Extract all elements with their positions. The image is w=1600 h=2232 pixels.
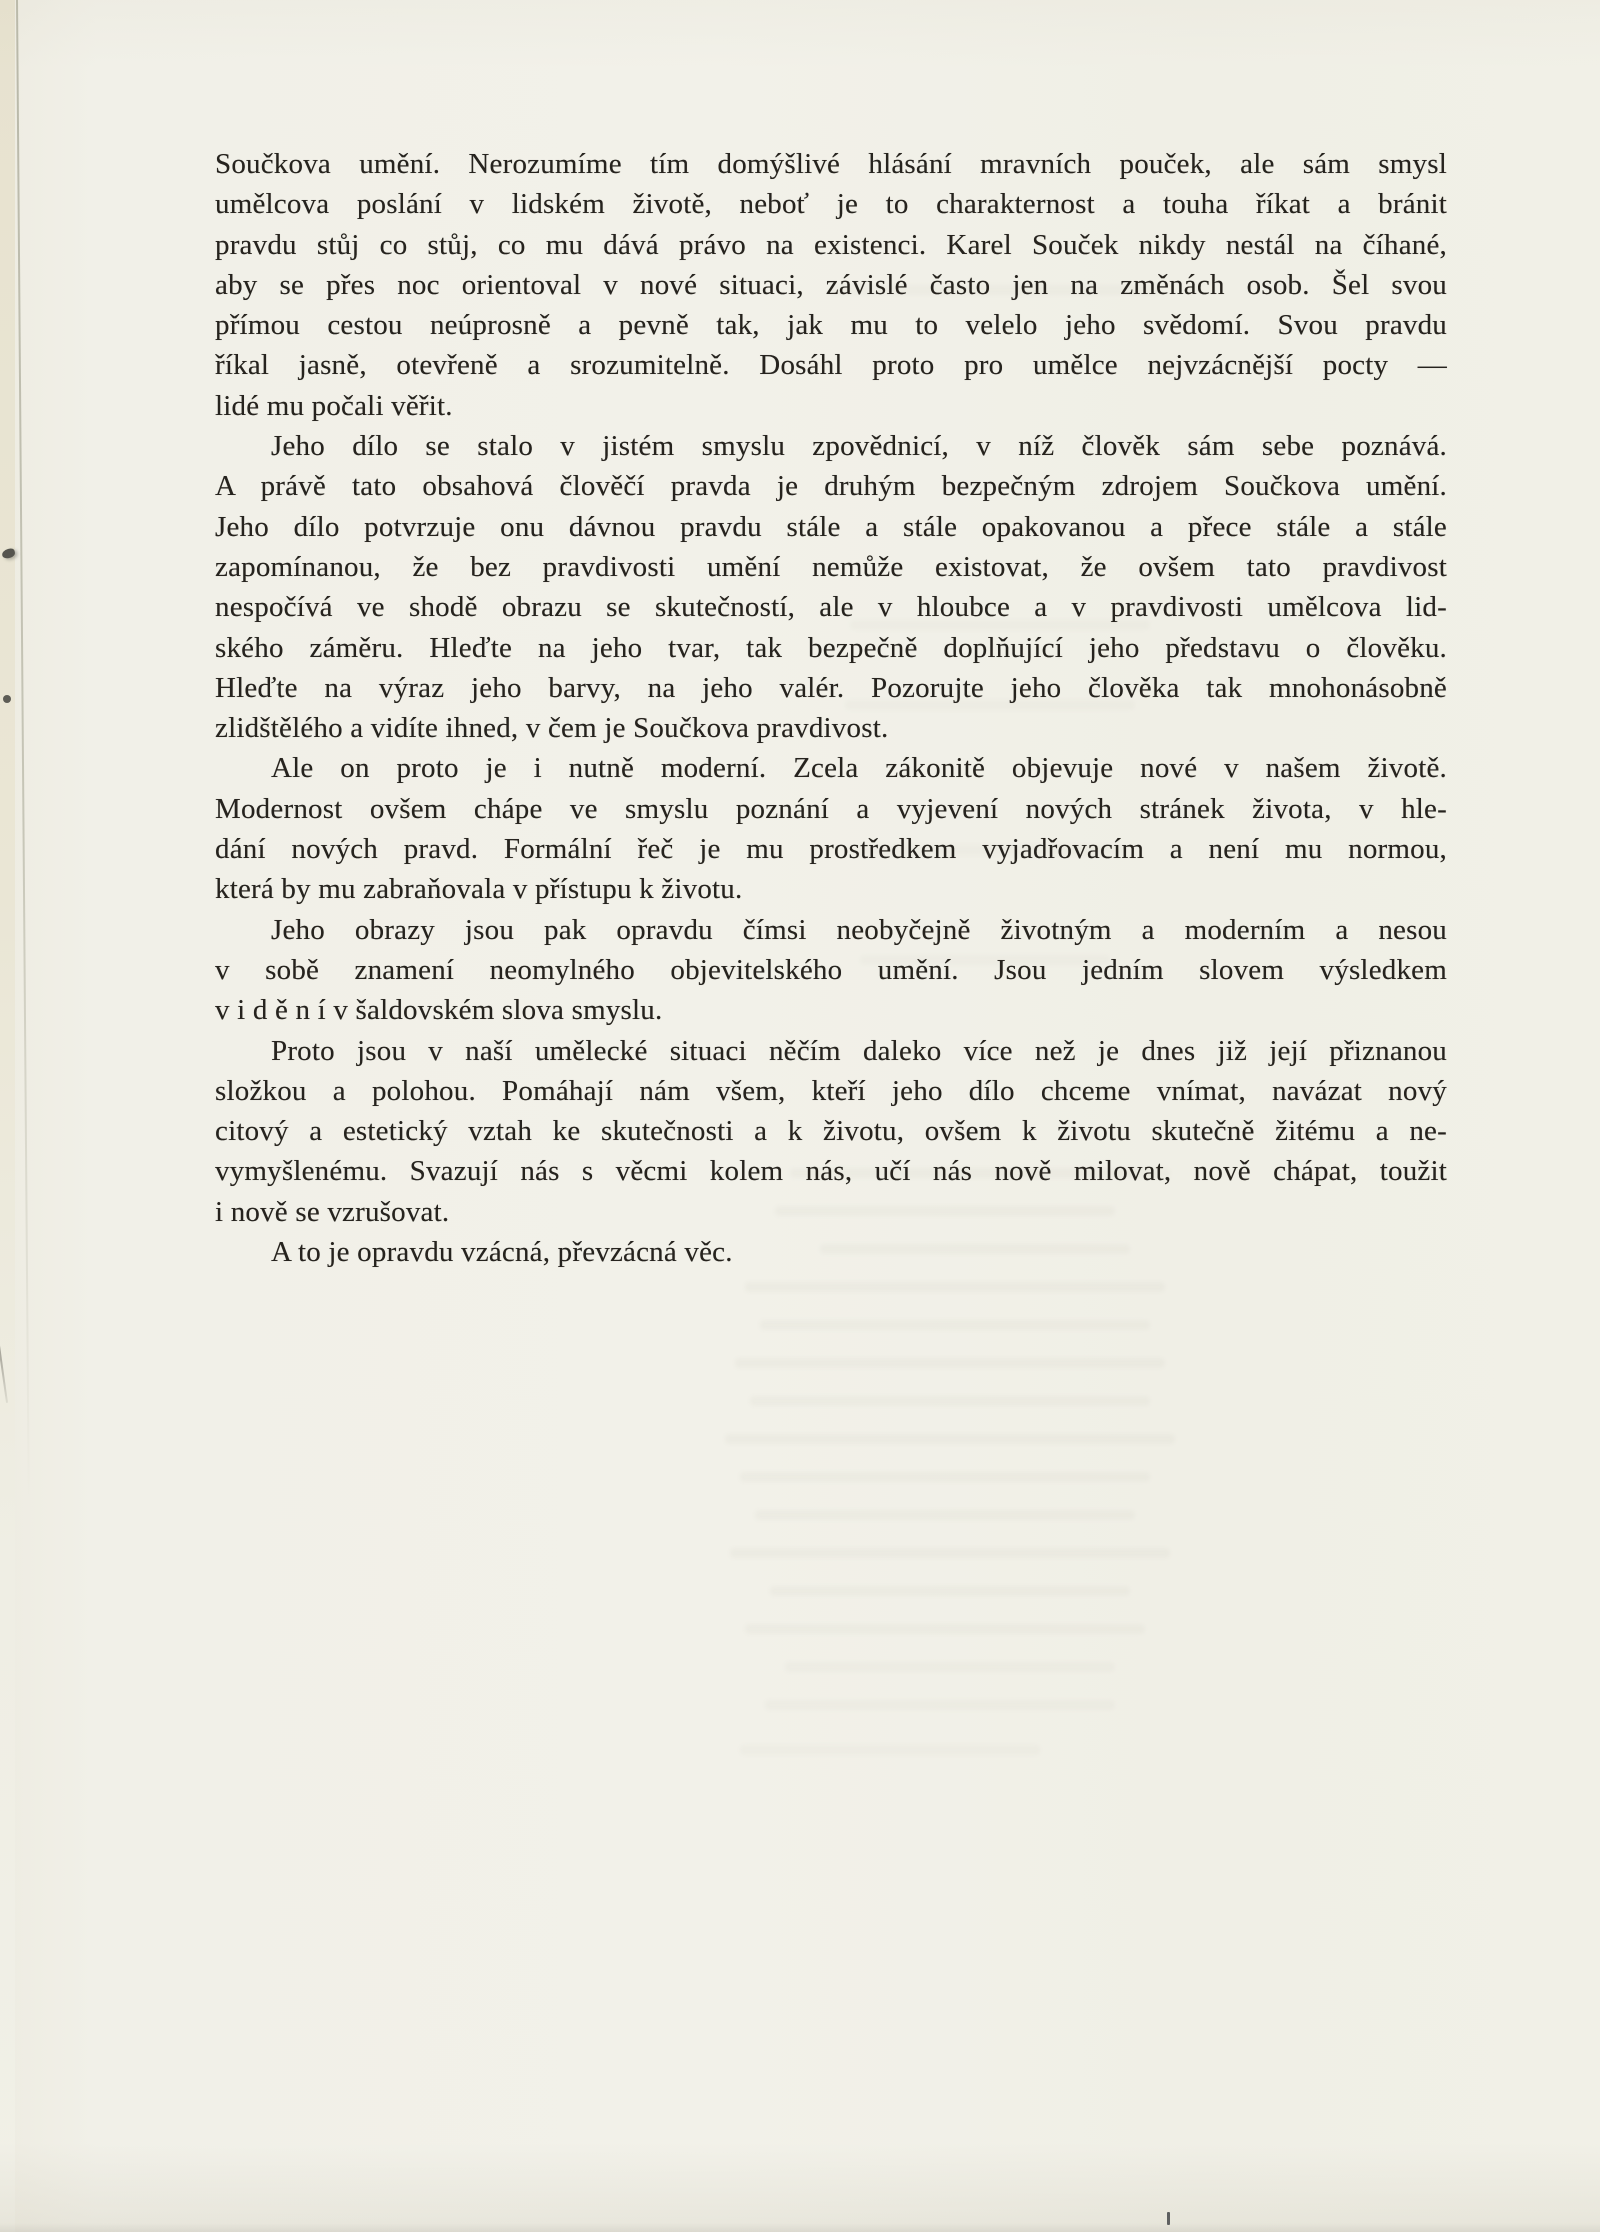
text-line: Součkova umění. Nerozumíme tím domýšlivé… xyxy=(215,144,1447,184)
text-line: Jeho dílo se stalo v jistém smyslu zpově… xyxy=(215,426,1447,466)
text-line: Jeho dílo potvrzuje onu dávnou pravdu st… xyxy=(215,507,1447,547)
show-through-line xyxy=(770,1586,1130,1596)
text-line: i nově se vzrušovat. xyxy=(215,1192,1447,1232)
paragraph: A to je opravdu vzácná, převzácná věc. xyxy=(215,1232,1447,1272)
text-line: zapomínanou, že bez pravdivosti umění ne… xyxy=(215,547,1447,587)
text-line: Proto jsou v naší umělecké situaci něčím… xyxy=(215,1031,1447,1071)
text-line: přímou cestou neúprosně a pevně tak, jak… xyxy=(215,305,1447,345)
show-through-line xyxy=(740,1472,1150,1482)
text-line: aby se přes noc orientoval v nové situac… xyxy=(215,265,1447,305)
text-line: Hleďte na výraz jeho barvy, na jeho valé… xyxy=(215,668,1447,708)
text-line: A to je opravdu vzácná, převzácná věc. xyxy=(215,1232,1447,1272)
text-line: dání nových pravd. Formální řeč je mu pr… xyxy=(215,829,1447,869)
show-through-line xyxy=(740,1745,1040,1755)
text-line: A právě tato obsahová člověčí pravda je … xyxy=(215,466,1447,506)
show-through-line xyxy=(745,1282,1165,1292)
text-line: v sobě znamení neomylného objevitelského… xyxy=(215,950,1447,990)
show-through-line xyxy=(730,1548,1170,1558)
text-line: která by mu zabraňovala v přístupu k živ… xyxy=(215,869,1447,909)
show-through-line xyxy=(760,1320,1150,1330)
text-line: Jeho obrazy jsou pak opravdu čímsi neoby… xyxy=(215,910,1447,950)
ink-speck xyxy=(3,695,11,703)
paragraph: Jeho obrazy jsou pak opravdu čímsi neoby… xyxy=(215,910,1447,1031)
text-line: ského záměru. Hleďte na jeho tvar, tak b… xyxy=(215,628,1447,668)
paragraph: Ale on proto je i nutně moderní. Zcela z… xyxy=(215,748,1447,909)
text-line: nespočívá ve shodě obrazu se skutečností… xyxy=(215,587,1447,627)
page-edge-strip xyxy=(0,0,15,2232)
text-line: říkal jasně, otevřeně a srozumitelně. Do… xyxy=(215,345,1447,385)
ink-speck xyxy=(1167,2212,1170,2225)
paragraph: Součkova umění. Nerozumíme tím domýšlivé… xyxy=(215,144,1447,426)
paragraph: Proto jsou v naší umělecké situaci něčím… xyxy=(215,1031,1447,1232)
text-line: zlidštělého a vidíte ihned, v čem je Sou… xyxy=(215,708,1447,748)
text-line: Ale on proto je i nutně moderní. Zcela z… xyxy=(215,748,1447,788)
text-line: citový a estetický vztah ke skutečnosti … xyxy=(215,1111,1447,1151)
text-line: vymyšlenému. Svazují nás s věcmi kolem n… xyxy=(215,1151,1447,1191)
scanned-page: Součkova umění. Nerozumíme tím domýšlivé… xyxy=(0,0,1600,2232)
text-block: Součkova umění. Nerozumíme tím domýšlivé… xyxy=(215,144,1447,1272)
show-through-line xyxy=(725,1434,1175,1444)
show-through-line xyxy=(785,1662,1115,1672)
text-line: pravdu stůj co stůj, co mu dává právo na… xyxy=(215,225,1447,265)
show-through-line xyxy=(745,1624,1145,1634)
show-through-line xyxy=(755,1510,1135,1520)
text-line: lidé mu počali věřit. xyxy=(215,386,1447,426)
page-edge-line xyxy=(16,0,30,1500)
paragraph: Jeho dílo se stalo v jistém smyslu zpově… xyxy=(215,426,1447,748)
text-line: složkou a polohou. Pomáhají nám všem, kt… xyxy=(215,1071,1447,1111)
text-line: v i d ě n í v šaldovském slova smyslu. xyxy=(215,990,1447,1030)
text-line: umělcova poslání v lidském životě, neboť… xyxy=(215,184,1447,224)
text-line: Modernost ovšem chápe ve smyslu poznání … xyxy=(215,789,1447,829)
show-through-line xyxy=(750,1396,1150,1406)
show-through-line xyxy=(765,1700,1115,1710)
show-through-line xyxy=(735,1358,1165,1368)
